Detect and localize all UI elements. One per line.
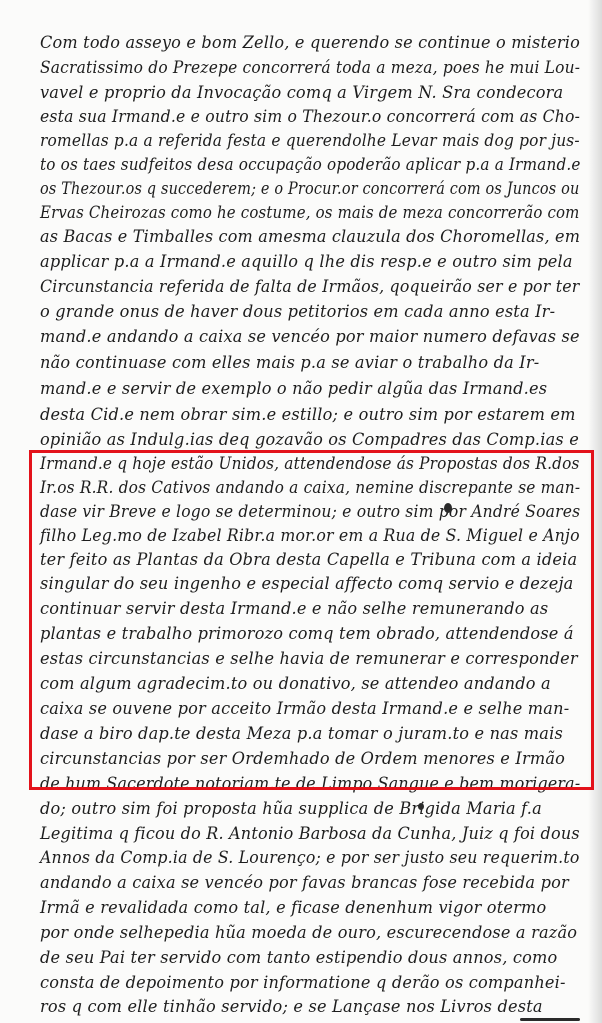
ink-blot: [418, 803, 424, 810]
ink-stroke: [520, 1018, 580, 1021]
manuscript-page: Com todo asseyo e bom Zello, e querendo …: [0, 0, 602, 1023]
page-edge-shadow: [588, 0, 602, 1023]
ink-blot: [444, 503, 452, 513]
manuscript-line: ros q com elle tinhão servido; e se Lanç…: [40, 992, 580, 1022]
